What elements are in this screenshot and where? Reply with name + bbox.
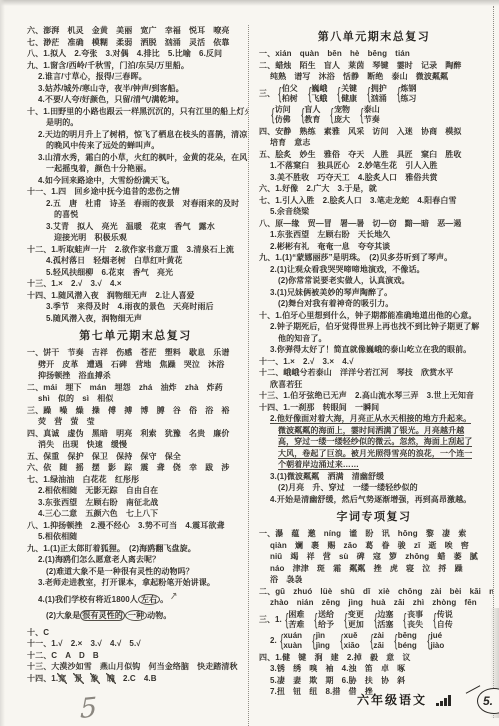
brace-pair: {伯父柏树 xyxy=(277,84,298,104)
answer-line: 3.你弹得太好了！简直就像巍峨的泰山屹立在我的眼前。 xyxy=(259,344,489,356)
answer-line: 2.谁言/寸草心，报得/三春晖。 xyxy=(27,71,244,83)
answer-line: 浴 袅袅 xyxy=(259,574,489,586)
answer-line: 七、1.引人入胜 2.脍炙人口 3.笔走龙蛇 4.阳春白雪 xyxy=(259,195,489,207)
brace-row-label: 三、 xyxy=(259,88,275,100)
answer-line: 十、1.田野里的小路也跟云一样黑沉沉的，只有江里的船上灯火 xyxy=(27,106,244,118)
answer-line: 2.彬彬有礼 奄奄一息 夸夸其谈 xyxy=(259,241,489,253)
answer-line: (2)大象是很有灵性的一种动物。 xyxy=(27,610,244,622)
answer-line: 二、mái 埋下 mán 埋怨 zhá 油炸 zhà 炸药 xyxy=(27,382,244,394)
answer-line: (2)你常常说要老实做人，认真演戏。 xyxy=(259,275,489,287)
answer-line: 二、蜡烛 陌生 盲人 莱茵 琴键 霎时 记录 陶醉 xyxy=(259,60,489,72)
brace-pair: {bēngbéng xyxy=(393,631,417,651)
answer-line: 5.余音绕梁 xyxy=(259,206,489,218)
brace-pair: {zàizāi xyxy=(369,631,384,651)
brace-icon: { xyxy=(370,636,373,646)
answer-line: 十三、1.伯牙弦绝已无声 2.高山流水琴三弄 3.世上无知音 xyxy=(259,390,489,402)
answer-line: 九、1.(1)“蒙娜丽莎”是明珠。 (2)贝多芬听到了琴声。 xyxy=(259,252,489,264)
answer-line: 四、真诚 虚伪 黑暗 明亮 利索 犹豫 名贵 廉价 xyxy=(27,428,244,440)
brace-pair-row: 2.{xuánxuàn{jìnjìng{xuěxiāo{zàizāi{bēngb… xyxy=(259,631,489,651)
brace-icon: { xyxy=(331,110,334,120)
page-number-badge: 5. xyxy=(477,688,499,714)
brace-icon: { xyxy=(278,89,281,99)
brace-icon: { xyxy=(285,615,288,625)
answer-line: 3.山清水秀，霜白的小草，火红的枫叶，金黄的花朵，在风中 xyxy=(27,152,244,164)
answer-line: 九、1.(1)正太郎盯着狐狸。 (2)海鸥翻飞盘旋。 xyxy=(27,543,244,555)
brace-icon: { xyxy=(344,615,347,625)
answer-line: 十二、1.听取蛙声一片 2.欲作家书意万重 3.清泉石上流 xyxy=(27,244,244,256)
answer-line: 六、依 随 摇 摆 影 踪 震 聋 侥 幸 跋 涉 xyxy=(27,462,244,474)
answer-line: 3.美不胜收 巧夺天工 4.脍炙人口 雅俗共赏 xyxy=(259,172,489,184)
brace-row-label: 三、1. xyxy=(259,614,282,626)
brace-pair: {炼钢练习 xyxy=(396,84,417,104)
answer-line: 大风，卷起了巨浪。被月光照得雪亮的浪花，一个连一 xyxy=(259,448,489,460)
brace-pair: {拥护汹涌 xyxy=(366,84,387,104)
answer-line: 三、躁 噪 燥 操 傅 搏 博 膊 谷 俗 浴 裕 xyxy=(27,405,244,417)
answer-line: 抑扬顿挫 浴血搏杀 xyxy=(27,370,244,382)
brace-icon: { xyxy=(308,89,311,99)
answer-line: 3.东张西望 左顾右盼 南征北战 xyxy=(27,497,244,509)
answer-line: 劈开 皮革 遭遇 石碑 营地 焦躁 哭泣 沐浴 xyxy=(27,359,244,371)
brace-icon: { xyxy=(312,636,315,646)
answer-line: 消失 出现 快速 缓慢 xyxy=(27,439,244,451)
brace-icon: { xyxy=(315,615,318,625)
answer-line: 迎接光明 积极乐观 xyxy=(27,232,244,244)
brace-icon: { xyxy=(404,615,407,625)
answer-line: zhào nián zēng jìng huà zāi zhì zhòng fē… xyxy=(259,597,489,609)
brace-pair: {盲人教育 xyxy=(300,105,321,125)
answer-line: 4.三心二意 五颜六色 七上八下 xyxy=(27,508,244,520)
answer-line: 一、xián quàn bēn hè bēng tián xyxy=(259,48,489,60)
answer-line: 3.姑苏/城外/寒山寺，夜半/钟声/到客船。 xyxy=(27,83,244,95)
right-column: 第八单元期末总复习一、xián quàn bēn hè bēng tián二、蜡… xyxy=(248,25,493,726)
brace-pair: {送给给予 xyxy=(313,610,334,630)
brace-pair: {关键健康 xyxy=(336,84,357,104)
answer-line: 七、1.绿油油 白花花 红彤彤 xyxy=(27,474,244,486)
answer-line: 的喜悦 xyxy=(27,209,244,221)
answer-line: 十二、C A D B xyxy=(27,650,244,662)
two-column-layout: 六、澎湃 机灵 金黄 美丽 宽广 幸福 悦耳 嘹亮七、渺茫 准确 模糊 柔弱 洒… xyxy=(0,0,499,726)
brace-icon: { xyxy=(360,110,363,120)
brace-icon: { xyxy=(374,615,377,625)
answer-line: 2.相依相随 无影无踪 自由自在 xyxy=(27,485,244,497)
answer-line: 2.他好像面对着大海，月亮正从水天相接的地方升起来。 xyxy=(259,413,489,425)
brace-icon: { xyxy=(427,636,430,646)
brace-icon: { xyxy=(397,89,400,99)
answer-line: 十一、1.四 回乡途中抚今追昔的悲伤之情 xyxy=(27,186,244,198)
answer-line: 十、1.伯牙心里想到什么，钟子期都能准确地道出他的心意。 xyxy=(259,310,489,322)
answer-line: 十二、峨峨兮若泰山 洋洋兮若江河 琴技 欣赏水平 xyxy=(259,367,489,379)
brace-icon: { xyxy=(433,615,436,625)
answer-line: 十一、1.× 2.√ 3.× 4.√ xyxy=(259,356,489,368)
answer-line: 培育 意志 xyxy=(259,137,489,149)
answer-line: 六、1.好像 2.广大 3.于是，就 xyxy=(259,183,489,195)
brace-pair: {边塞活塞 xyxy=(373,610,394,630)
answer-line: (2)舞台对我有着神奇的吸引力。 xyxy=(259,298,489,310)
brace-pair: {丧事丧失 xyxy=(402,610,423,630)
answer-line: 1.东张西望 左顾右盼 天长地久 xyxy=(259,229,489,241)
answer-line: 3.艾青 拟人 亮光 温暖 花束 香气 露水 xyxy=(27,221,244,233)
brace-pair: {jìnjìng xyxy=(311,631,330,651)
answer-line: 五、保重 保护 保卫 保持 保守 保全 xyxy=(27,451,244,463)
answer-line: 4.如今回来路途中，大雪纷纷满天飞。 xyxy=(27,175,244,187)
answer-line: 3.老师走进教室，打开课本，拿起粉笔开始讲课。 xyxy=(27,577,244,589)
answer-line: 四、1.健 键 涧 建 2.掉 毅 意 议 xyxy=(259,652,489,664)
box-annotation: 很有灵性的 xyxy=(80,610,125,621)
circle-annotation: 左右 xyxy=(138,594,160,605)
answer-line: 九、1.窗含/西岭/千秋雪，门泊/东吴/万里船。 xyxy=(27,60,244,72)
brace-row-label: 2. xyxy=(270,635,277,647)
answer-line: 3.锈 绣 嗅 袖 4.浊 笛 卓 啄 xyxy=(259,663,489,675)
brace-pair-row: 三、1.{困难苦难{送给给予{变更更加{边塞活塞{丧事丧失{传说自传 xyxy=(259,610,489,630)
answer-line: 十一、1.√ 2.× 3.√ 4.√ 5.√ xyxy=(27,638,244,650)
answer-line: 八、1.抑扬顿挫 2.漫不经心 3.势不可当 4.震耳欲聋 xyxy=(27,520,244,532)
answer-line: 纯熟 谱写 沐浴 恬静 断绝 泰山 微波粼粼 xyxy=(259,71,489,83)
answer-line: 4.(1)我们学校有将近1800人左右。↗ xyxy=(27,594,244,606)
answer-line: 1.不落窠臼 独具匠心 2.妙笔生花 引人入胜 xyxy=(259,160,489,172)
answer-line: 四、安静 熟练 素雅 风采 访问 入迷 协商 模拟 xyxy=(259,126,489,138)
answer-line: 十、C xyxy=(27,627,244,639)
brace-icon: { xyxy=(271,110,274,120)
handwritten-page-number: 5 xyxy=(80,692,97,725)
brace-pair-row: {访问仿佛{盲人教育{宠物庞大{泰山节奏 xyxy=(259,105,489,125)
signal-bars-icon xyxy=(436,695,452,706)
answer-line: 2.钟子期死后，伯牙觉得世界上再也找不到比钟子期更了解 xyxy=(259,321,489,333)
answer-line: 5.随风潜入夜，润物细无声 xyxy=(27,313,244,325)
circle-annotation: 一种 xyxy=(125,610,147,621)
answer-line: 2.(1)海鸥们怎么愿意老人离去呢？ xyxy=(27,554,244,566)
answer-line: 3.(1)微波粼粼 洒满 清幽舒缓 xyxy=(259,471,489,483)
section-title: 字词专项复习 xyxy=(259,510,489,524)
answer-line: 十四、1.一刹那 转眼间 一瞬间 xyxy=(259,402,489,414)
brace-pair: {泰山节奏 xyxy=(359,105,380,125)
answer-line: náo 津津 斑 霜 粼粼 挫 虎 寝 泣 捋 躁 xyxy=(259,563,489,575)
grade-subject-label: 六年级语文 xyxy=(357,691,427,708)
answer-line: 3.(1)兄妹俩被美妙的琴声陶醉了。 xyxy=(259,287,489,299)
brace-pair: {巍峨飞蛾 xyxy=(307,84,328,104)
answer-line: 六、澎湃 机灵 金黄 美丽 宽广 幸福 悦耳 嘹亮 xyxy=(27,25,244,37)
page-badge-tail xyxy=(466,685,481,693)
answer-line: 4.不要/人夸/好颜色，只留/清气/满乾坤。 xyxy=(27,94,244,106)
answer-line: 一起摇曳着，颜色十分艳丽。 xyxy=(27,163,244,175)
brace-icon: { xyxy=(367,89,370,99)
answer-line: 他的知音了。 xyxy=(259,333,489,345)
answer-line: shì 似的 sì 相似 xyxy=(27,393,244,405)
brace-pair: {juéjiào xyxy=(426,631,444,651)
answer-line: 是明的。 xyxy=(27,117,244,129)
brace-icon: { xyxy=(394,636,397,646)
workbook-answer-page: 六、澎湃 机灵 金黄 美丽 宽广 幸福 悦耳 嘹亮七、渺茫 准确 模糊 柔弱 洒… xyxy=(0,0,499,726)
answer-line: 个朝着岸边涌过来…… xyxy=(259,459,489,471)
answer-line: 4.孤村落日 轻烟老树 白草红叶黄花 xyxy=(27,255,244,267)
answer-line: 荧 营 萤 莹 xyxy=(27,416,244,428)
page-footer: 5 六年级语文 5. xyxy=(0,680,499,726)
answer-line: 一、饼干 节奏 吉祥 伤感 苍茫 塑料 歇息 乐谱 xyxy=(27,347,244,359)
brace-pair: {xuěxiāo xyxy=(339,631,360,651)
section-title: 第七单元期末总复习 xyxy=(27,329,244,343)
answer-line: 二、gū zhuó lüè shū dǐ xiè chōng zài bèi k… xyxy=(259,586,489,598)
answer-line: niǔ 竭 祥 营 sù 碑 寇 箩 zhōng 蜡 萎 腻 xyxy=(259,551,489,563)
answer-line: 八、原—缘 贸—冒 署—暑 切—窃 黯—暗 恶—遏 xyxy=(259,218,489,230)
answer-line: 微波粼粼的海面上，霎时间洒满了银光。月亮越升越 xyxy=(259,425,489,437)
answer-line: 七、渺茫 准确 模糊 柔弱 洒脱 汹涌 灵活 依靠 xyxy=(27,37,244,49)
answer-line: 十四、1.随风潜入夜 润物细无声 2.让人喜爱 xyxy=(27,290,244,302)
answer-line: 一、瀑 蕴 邀 níng 谧 盼 讯 hōng 黎 凄 索 xyxy=(259,528,489,540)
answer-line: 5.相依相随 xyxy=(27,531,244,543)
brace-pair: {宠物庞大 xyxy=(329,105,350,125)
brace-icon: { xyxy=(280,636,283,646)
answer-line: 欣喜若狂 xyxy=(259,379,489,391)
answer-line: 5.轻风扶细柳 6.花束 香气 亮光 xyxy=(27,267,244,279)
brace-pair: {困难苦难 xyxy=(284,610,305,630)
answer-line: 五、脍炙 妙生 雅俗 夺天 人胜 具匠 窠臼 胜收 xyxy=(259,149,489,161)
answer-line: 十三、大漠沙如雪 燕山月似钩 何当金络脑 快走踏清秋 xyxy=(27,661,244,673)
section-title: 第八单元期末总复习 xyxy=(259,30,489,44)
answer-line: 十三、1.× 2.√ 3.√ 4.× xyxy=(27,278,244,290)
brace-pair: {xuánxuàn xyxy=(279,631,302,651)
answer-line: 八、1.拟人 2.夸张 3.对偶 4.排比 5.比喻 6.反问 xyxy=(27,48,244,60)
answer-line: 2.天边的明月升上了树梢，惊飞了栖息在枝头的喜鹊，清凉 xyxy=(27,129,244,141)
answer-line: 2.五 唐 杜甫 诗圣 春雨的夜景 对春雨来的及时 xyxy=(27,198,244,210)
brace-pair: {访问仿佛 xyxy=(270,105,291,125)
answer-line: 4.开始是清幽舒缓，然后气势逐渐增强，再到高昂激越。 xyxy=(259,494,489,506)
brace-pair: {变更更加 xyxy=(343,610,364,630)
left-column: 六、澎湃 机灵 金黄 美丽 宽广 幸福 悦耳 嘹亮七、渺茫 准确 模糊 柔弱 洒… xyxy=(0,25,248,726)
answer-line: (2)难道大象不是一种很有灵性的动物吗？ xyxy=(27,566,244,578)
answer-line: (2)月亮 升、穿过 一缕一缕轻纱似的 xyxy=(259,482,489,494)
brace-icon: { xyxy=(340,636,343,646)
brace-pair: {传说自传 xyxy=(432,610,453,630)
brace-pair-row: 三、{伯父柏树{巍峨飞蛾{关键健康{拥护汹涌{炼钢练习 xyxy=(259,84,489,104)
handwritten-arrow-icon: ↗ xyxy=(169,590,179,603)
brace-icon: { xyxy=(301,110,304,120)
answer-line: 3.季节 来得及时 4.雨夜的景色 天亮时雨后 xyxy=(27,301,244,313)
brace-icon: { xyxy=(338,89,341,99)
answer-line: qiàn 斓 裹 赐 zāo 葛 眷 骏 zǐ 逝 唉 窖 xyxy=(259,540,489,552)
answer-line: 2.(1)让观众看我哭哭啼啼地演戏，不像话。 xyxy=(259,264,489,276)
answer-line: 高，穿过一缕一缕轻纱似的微云。忽然，海面上刮起了 xyxy=(259,436,489,448)
answer-line: 的晚风中传来了远处的蝉叫声。 xyxy=(27,140,244,152)
